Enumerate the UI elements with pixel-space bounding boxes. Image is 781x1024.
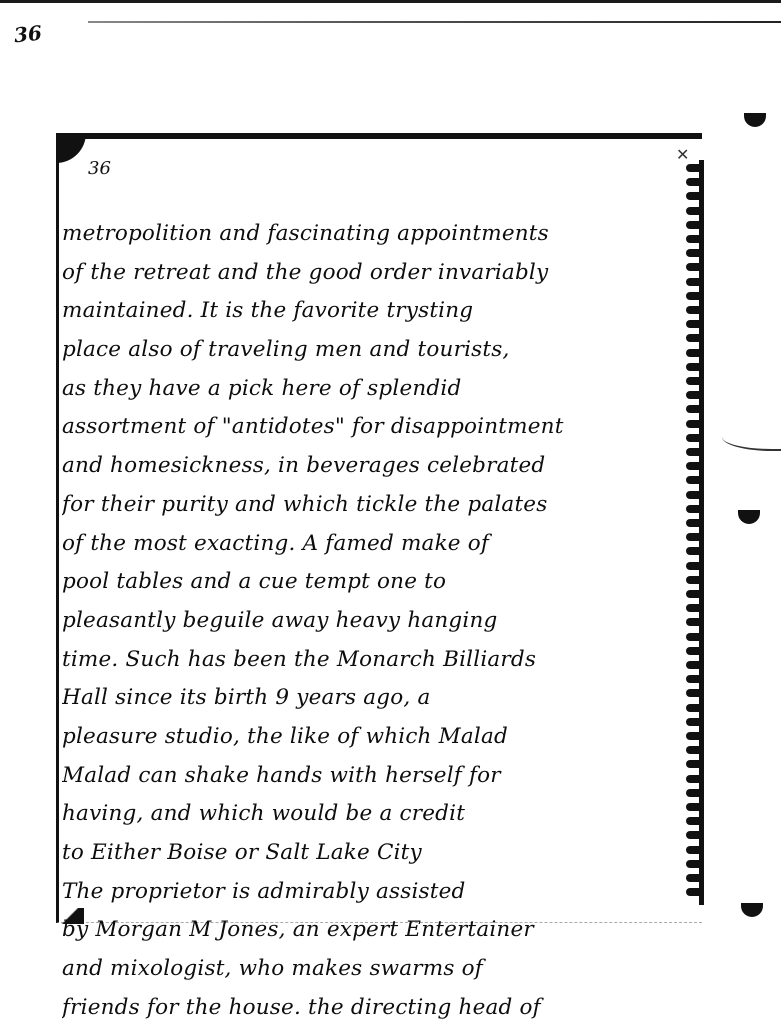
text-line: Malad can shake hands with herself for xyxy=(62,757,687,796)
spiral-coil-icon xyxy=(686,633,701,641)
text-line: pool tables and a cue tempt one to xyxy=(62,563,687,602)
spiral-coil-icon xyxy=(686,505,701,513)
spiral-coil-icon xyxy=(686,604,701,612)
spiral-coil-icon xyxy=(686,462,701,470)
page-edge-curve xyxy=(722,435,781,451)
punch-hole-top-icon xyxy=(744,113,766,127)
spiral-coil-icon xyxy=(686,760,701,768)
spiral-coil-icon xyxy=(686,874,701,882)
text-line: maintained. It is the favorite trysting xyxy=(62,292,687,331)
text-line: pleasure studio, the like of which Malad xyxy=(62,718,687,757)
spiral-coil-icon xyxy=(686,533,701,541)
text-line: The proprietor is admirably assisted xyxy=(62,873,687,912)
spiral-coil-icon xyxy=(686,746,701,754)
spiral-coil-icon xyxy=(686,732,701,740)
text-line: friends for the house. the directing hea… xyxy=(62,989,687,1024)
spiral-coil-icon xyxy=(686,576,701,584)
spiral-coil-icon xyxy=(686,718,701,726)
spiral-coil-icon xyxy=(686,860,701,868)
spiral-coil-icon xyxy=(686,420,701,428)
spiral-coil-icon xyxy=(686,888,701,896)
spiral-coil-icon xyxy=(686,831,701,839)
spiral-coil-icon xyxy=(686,817,701,825)
text-line: place also of traveling men and tourists… xyxy=(62,331,687,370)
text-line: of the retreat and the good order invari… xyxy=(62,254,687,293)
spiral-coil-icon xyxy=(686,235,701,243)
text-line: by Morgan M Jones, an expert Entertainer xyxy=(62,911,687,950)
spiral-coil-icon xyxy=(686,263,701,271)
spiral-coil-icon xyxy=(686,590,701,598)
spiral-coil-icon xyxy=(686,448,701,456)
text-line: and mixologist, who makes swarms of xyxy=(62,950,687,989)
spiral-coil-icon xyxy=(686,661,701,669)
notebook-page-number: 36 xyxy=(88,158,111,179)
spiral-coil-icon xyxy=(686,306,701,314)
spiral-coil-icon xyxy=(686,689,701,697)
spiral-coil-icon xyxy=(686,207,701,215)
spiral-coil-icon xyxy=(686,192,701,200)
spiral-coil-icon xyxy=(686,164,701,172)
spiral-coil-icon xyxy=(686,846,701,854)
spiral-coil-icon xyxy=(686,491,701,499)
spiral-coil-icon xyxy=(686,519,701,527)
text-line: pleasantly beguile away heavy hanging xyxy=(62,602,687,641)
spiral-coil-icon xyxy=(686,434,701,442)
spiral-coil-icon xyxy=(686,775,701,783)
text-line: of the most exacting. A famed make of xyxy=(62,525,687,564)
text-line: Hall since its birth 9 years ago, a xyxy=(62,679,687,718)
spiral-coil-icon xyxy=(686,647,701,655)
spiral-coil-icon xyxy=(686,334,701,342)
spiral-coil-icon xyxy=(686,221,701,229)
punch-hole-bottom-icon xyxy=(741,903,763,917)
text-line: for their purity and which tickle the pa… xyxy=(62,486,687,525)
spiral-coil-icon xyxy=(686,675,701,683)
text-line: metropolition and fascinating appointmen… xyxy=(62,215,687,254)
spiral-coil-icon xyxy=(686,178,701,186)
spiral-coil-icon xyxy=(686,278,701,286)
spiral-coil-icon xyxy=(686,803,701,811)
spiral-coil-icon xyxy=(686,704,701,712)
spiral-coil-icon xyxy=(686,476,701,484)
scan-header-rule xyxy=(88,21,781,23)
scan-page-number: 36 xyxy=(13,21,43,48)
spiral-coil-icon xyxy=(686,405,701,413)
text-line: having, and which would be a credit xyxy=(62,795,687,834)
spiral-coil-icon xyxy=(686,789,701,797)
spiral-binding xyxy=(684,160,706,905)
spiral-coil-icon xyxy=(686,320,701,328)
text-line: to Either Boise or Salt Lake City xyxy=(62,834,687,873)
spiral-coil-icon xyxy=(686,363,701,371)
text-line: as they have a pick here of splendid xyxy=(62,370,687,409)
spiral-coil-icon xyxy=(686,391,701,399)
spiral-coil-icon xyxy=(686,377,701,385)
spiral-coil-icon xyxy=(686,349,701,357)
text-line: and homesickness, in beverages celebrate… xyxy=(62,447,687,486)
spiral-coil-icon xyxy=(686,562,701,570)
text-line: time. Such has been the Monarch Billiard… xyxy=(62,641,687,680)
spiral-coil-icon xyxy=(686,547,701,555)
spiral-coil-icon xyxy=(686,618,701,626)
punch-hole-middle-icon xyxy=(738,510,760,524)
spiral-coil-icon xyxy=(686,249,701,257)
handwritten-text: metropolition and fascinating appointmen… xyxy=(62,215,687,1024)
scan-top-border xyxy=(0,0,781,3)
spiral-coil-icon xyxy=(686,292,701,300)
text-line: assortment of "antidotes" for disappoint… xyxy=(62,408,687,447)
